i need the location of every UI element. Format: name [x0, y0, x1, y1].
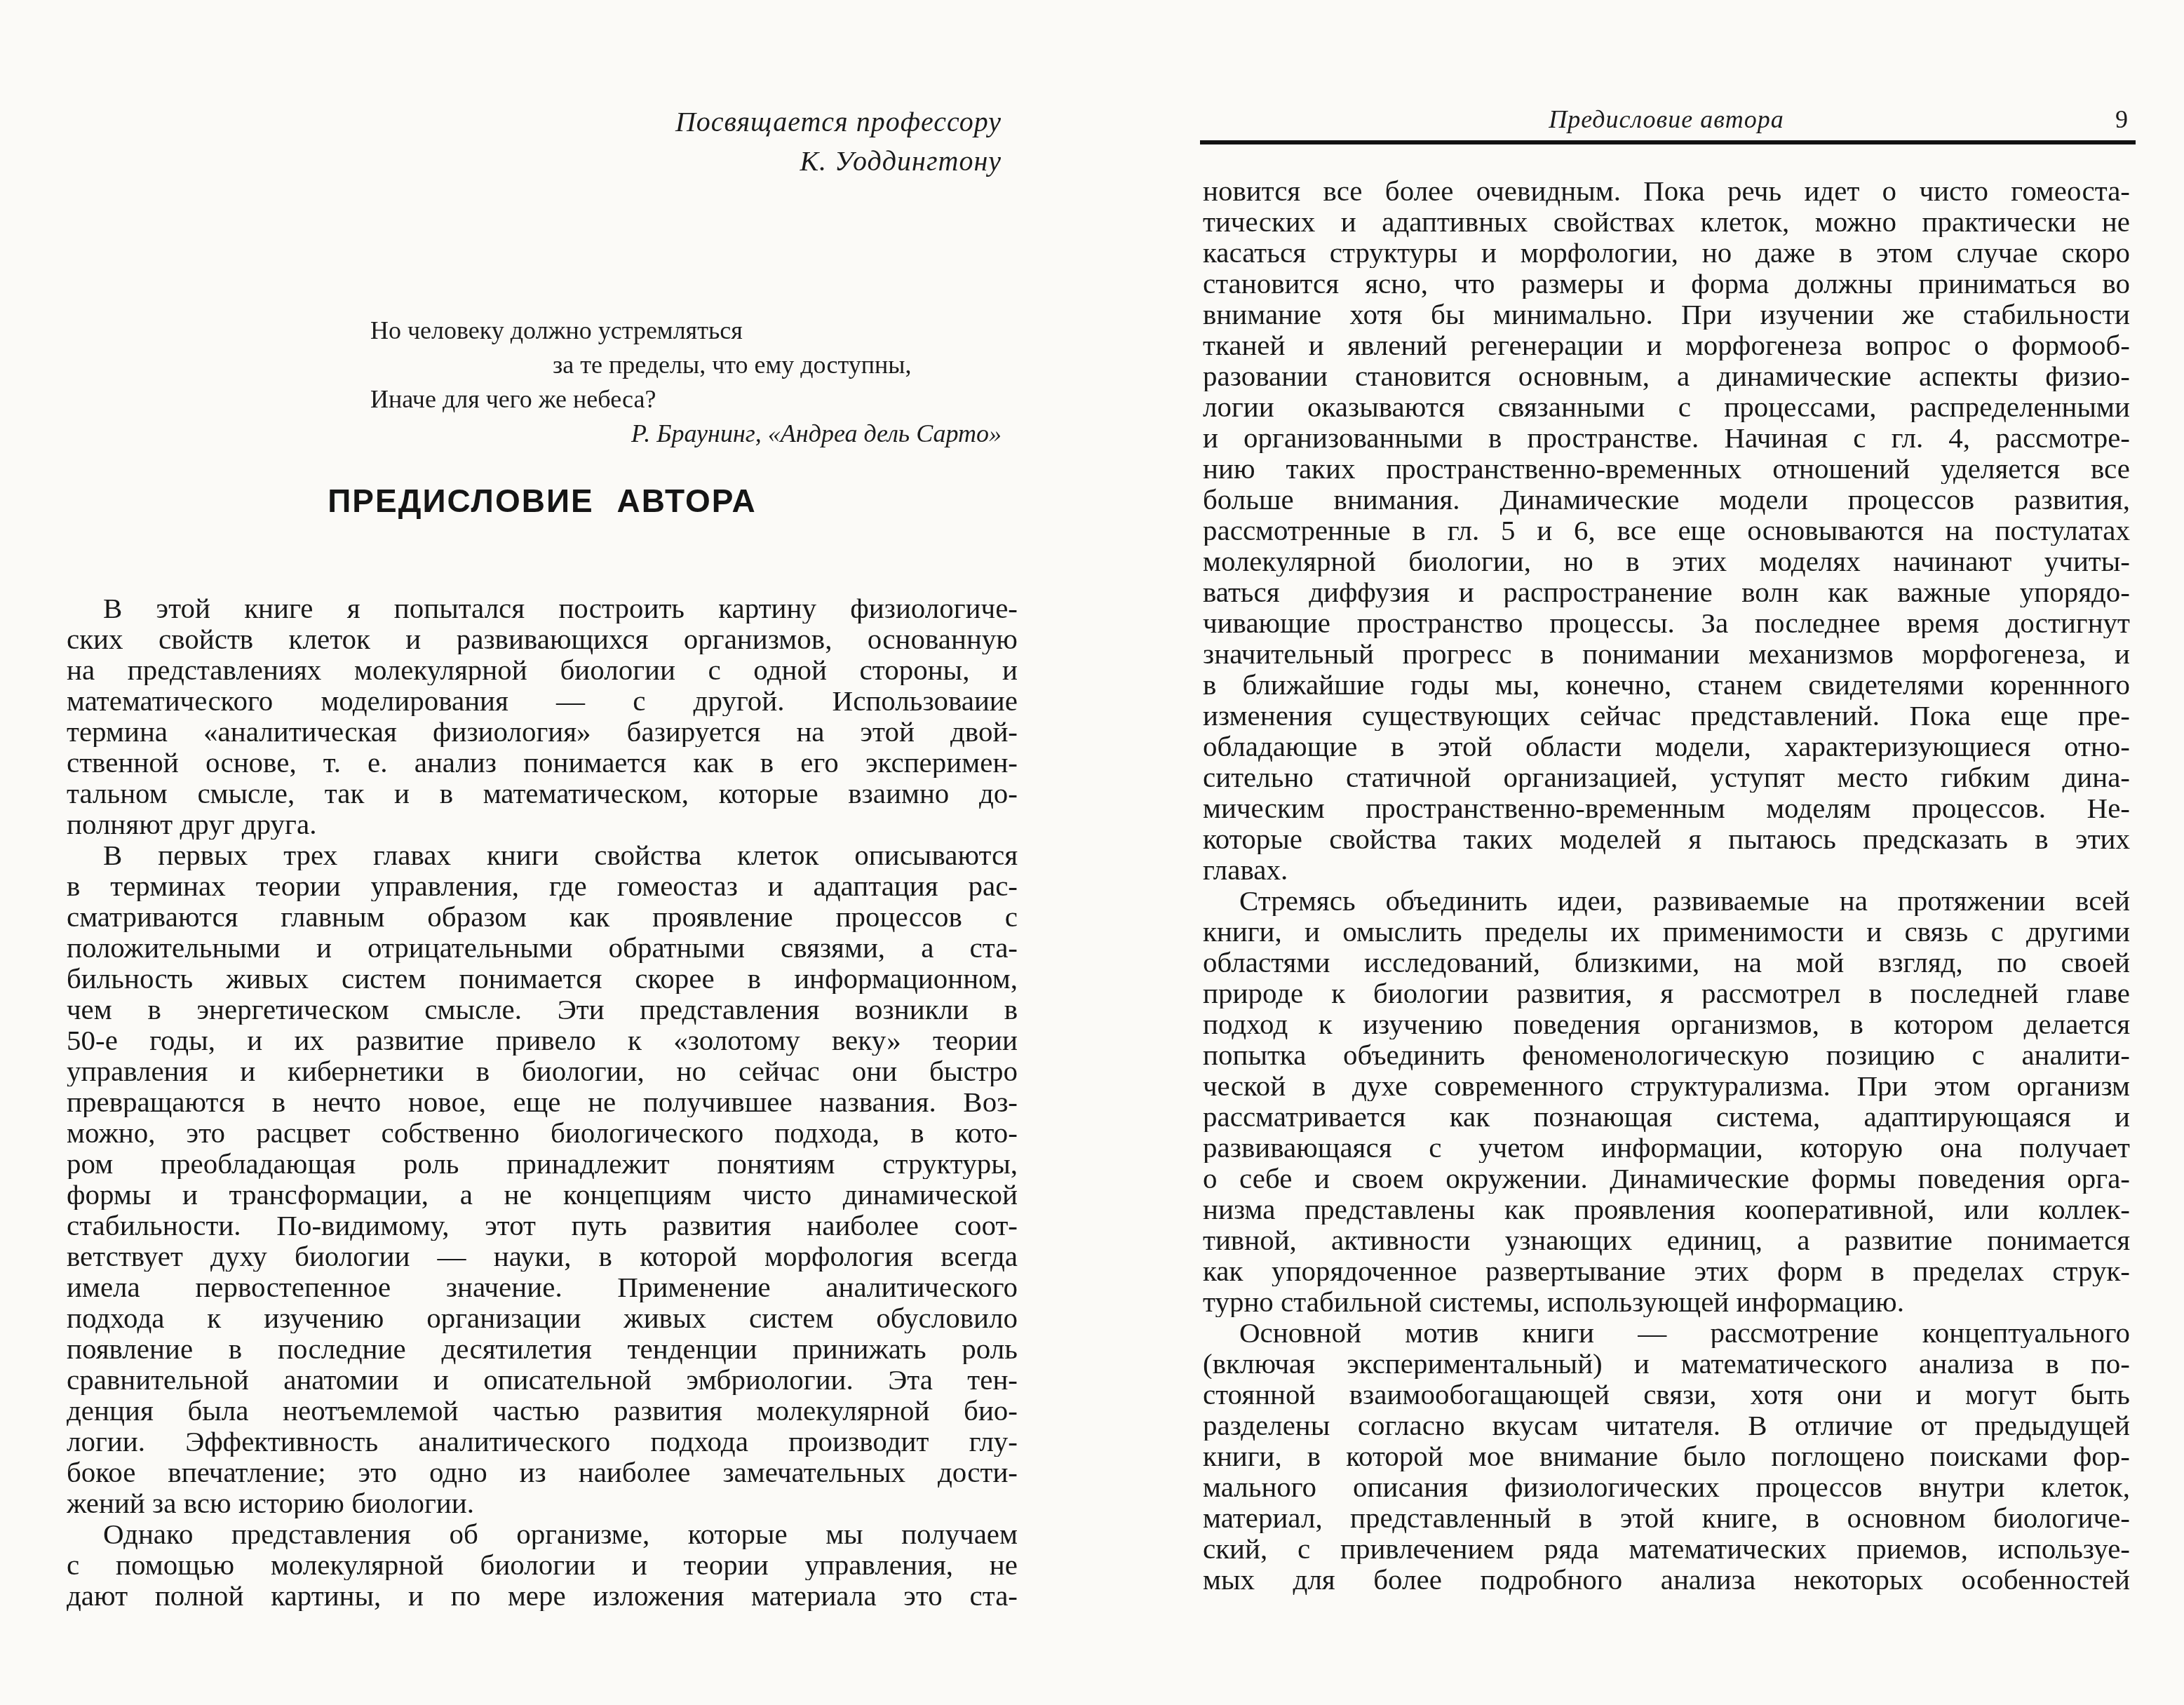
text-line: денция была неотъемлемой частью развития… [67, 1395, 1018, 1426]
text-line: появление в последние десятилетия тенден… [67, 1333, 1018, 1364]
text-line: касаться структуры и морфологии, но даже… [1203, 237, 2130, 268]
text-line: ский, с привлечением ряда математических… [1203, 1533, 2130, 1564]
text-line: Р. Браунинг, «Андреа дель Сарто» [370, 417, 1002, 451]
text-line: тивной, активности узнающих единиц, а ра… [1203, 1225, 2130, 1255]
left-page: Посвящается профессору К. Уоддингтону Но… [67, 0, 1018, 1705]
text-line: положительными и отрицательными обратным… [67, 932, 1018, 963]
text-line: внимание хотя бы минимально. При изучени… [1203, 299, 2130, 330]
text-line: можно, это расцвет собственно биологичес… [67, 1117, 1018, 1148]
text-line: ских свойств клеток и развивающихся орга… [67, 624, 1018, 654]
preface-heading: ПРЕДИСЛОВИЕ АВТОРА [67, 483, 1018, 519]
text-line: турно стабильной системы, использующей и… [1203, 1286, 2130, 1317]
text-line: низма представлены как проявления коопер… [1203, 1194, 2130, 1225]
text-line: книги, и омыслить пределы их применимост… [1203, 916, 2130, 947]
text-line: новится все более очевидным. Пока речь и… [1203, 175, 2130, 206]
text-line: попытка объединить феноменологическую по… [1203, 1039, 2130, 1070]
text-line: разовании становится основным, а динамич… [1203, 360, 2130, 391]
text-line: развивающаяся с учетом информации, котор… [1203, 1132, 2130, 1163]
epigraph: Но человеку должно устремлятьсяза те пре… [370, 314, 1002, 451]
text-line: на представлениях молекулярной биологии … [67, 654, 1018, 685]
text-line: ветствует духу биологии — науки, в котор… [67, 1241, 1018, 1272]
text-line: как упорядоченное развертывание этих фор… [1203, 1255, 2130, 1286]
text-line: природе к биологии развития, я рассмотре… [1203, 978, 2130, 1009]
text-line: стоянной взаимообогащающей связи, хотя о… [1203, 1379, 2130, 1410]
text-line: ственной основе, т. е. анализ понимается… [67, 747, 1018, 778]
text-line: (включая экспериментальный) и математиче… [1203, 1348, 2130, 1379]
text-line: превращаются в нечто новое, еще не получ… [67, 1086, 1018, 1117]
text-line: имела первостепенное значение. Применени… [67, 1272, 1018, 1302]
text-line: сравнительной анатомии и описательной эм… [67, 1364, 1018, 1395]
text-line: мых для более подробного анализа некотор… [1203, 1564, 2130, 1595]
book-spread: Посвящается профессору К. Уоддингтону Но… [0, 0, 2184, 1705]
text-line: разделены согласно вкусам читателя. В от… [1203, 1410, 2130, 1441]
dedication-line: К. Уоддингтону [675, 142, 1002, 181]
text-line: мическим пространственно-временным модел… [1203, 793, 2130, 823]
text-line: становится ясно, что размеры и форма дол… [1203, 268, 2130, 299]
text-line: чивающие пространство процессы. За после… [1203, 607, 2130, 638]
text-line: формы и трансформации, а не концепциям ч… [67, 1179, 1018, 1210]
text-line: за те пределы, что ему доступны, [370, 348, 1002, 382]
text-line: ром преобладающая роль принадлежит понят… [67, 1148, 1018, 1179]
text-line: чем в энергетическом смысле. Эти предста… [67, 994, 1018, 1025]
text-line: ваться диффузия и распространение волн к… [1203, 577, 2130, 607]
text-line: подхода к изучению организации живых сис… [67, 1302, 1018, 1333]
text-line: Стремясь объединить идеи, развиваемые на… [1203, 885, 2130, 916]
text-line: тальном смысле, так и в математическом, … [67, 778, 1018, 809]
text-line: подход к изучению поведения организмов, … [1203, 1009, 2130, 1039]
right-page: Предисловие автора 9 новится все более о… [1203, 0, 2130, 1705]
text-line: тических и адаптивных свойствах клеток, … [1203, 206, 2130, 237]
text-line: в терминах теории управления, где гомеос… [67, 870, 1018, 901]
text-line: Основной мотив книги — рассмотрение конц… [1203, 1317, 2130, 1348]
text-line: главах. [1203, 854, 2130, 885]
header-rule [1200, 140, 2136, 144]
text-line: изменения существующих сейчас представле… [1203, 700, 2130, 731]
text-line: управления и кибернетики в биологии, но … [67, 1056, 1018, 1086]
text-line: логии оказываются связанными с процессам… [1203, 391, 2130, 422]
text-line: молекулярной биологии, но в этих моделях… [1203, 546, 2130, 577]
text-line: сительно статичной организацией, уступят… [1203, 762, 2130, 793]
text-line: рассматривается как познающая система, а… [1203, 1101, 2130, 1132]
text-line: обладающие в этой области модели, характ… [1203, 731, 2130, 762]
text-line: которые свойства таких моделей я пытаюсь… [1203, 823, 2130, 854]
text-line: 50-е годы, и их развитие привело к «золо… [67, 1025, 1018, 1056]
text-line: книги, в которой мое внимание было погло… [1203, 1441, 2130, 1471]
text-line: с помощью молекулярной биологии и теории… [67, 1549, 1018, 1580]
text-line: ческой в духе современного структурализм… [1203, 1070, 2130, 1101]
text-line: логии. Эффективность аналитического подх… [67, 1426, 1018, 1457]
running-head: Предисловие автора 9 [1203, 104, 2130, 135]
text-line: о себе и своем окружении. Динамические ф… [1203, 1163, 2130, 1194]
text-line: больше внимания. Динамические модели про… [1203, 484, 2130, 515]
text-line: жений за всю историю биологии. [67, 1488, 1018, 1518]
right-page-body: новится все более очевидным. Пока речь и… [1203, 175, 2130, 1595]
text-line: нию таких пространственно-временных отно… [1203, 453, 2130, 484]
text-line: бильность живых систем понимается скорее… [67, 963, 1018, 994]
text-line: термина «аналитическая физиология» базир… [67, 716, 1018, 747]
dedication-line: Посвящается профессору [675, 102, 1002, 142]
text-line: значительный прогресс в понимании механи… [1203, 638, 2130, 669]
text-line: Иначе для чего же небеса? [370, 382, 1002, 417]
text-line: полняют друг друга. [67, 809, 1018, 840]
dedication: Посвящается профессору К. Уоддингтону [675, 102, 1002, 181]
text-line: материал, представленный в этой книге, в… [1203, 1502, 2130, 1533]
text-line: бокое впечатление; это одно из наиболее … [67, 1457, 1018, 1488]
text-line: стабильности. По-видимому, этот путь раз… [67, 1210, 1018, 1241]
text-line: тканей и явлений регенерации и морфогене… [1203, 330, 2130, 360]
page-number: 9 [2115, 104, 2129, 135]
text-line: мального описания физиологических процес… [1203, 1471, 2130, 1502]
left-page-body: В этой книге я попытался построить карти… [67, 593, 1018, 1611]
text-line: областями исследований, близкими, на мой… [1203, 947, 2130, 978]
running-head-title: Предисловие автора [1549, 105, 1784, 133]
text-line: Однако представления об организме, котор… [67, 1518, 1018, 1549]
text-line: В этой книге я попытался построить карти… [67, 593, 1018, 624]
text-line: математического моделирования — с другой… [67, 685, 1018, 716]
text-line: Но человеку должно устремляться [370, 314, 1002, 348]
text-line: сматриваются главным образом как проявле… [67, 901, 1018, 932]
text-line: дают полной картины, и по мере изложения… [67, 1580, 1018, 1611]
text-line: и организованными в пространстве. Начина… [1203, 422, 2130, 453]
text-line: рассмотренные в гл. 5 и 6, все еще основ… [1203, 515, 2130, 546]
text-line: В первых трех главах книги свойства клет… [67, 840, 1018, 870]
text-line: в ближайшие годы мы, конечно, станем сви… [1203, 669, 2130, 700]
